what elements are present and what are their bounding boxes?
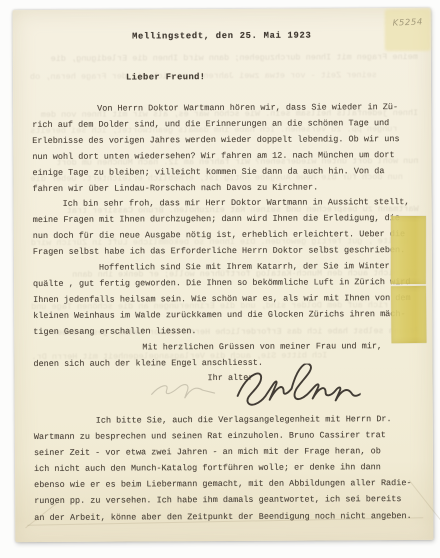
dateline: Mellingstedt, den 25. Mai 1923	[13, 30, 431, 42]
postscript: Ich bitte Sie, auch die Verlagsangelegen…	[34, 411, 423, 526]
letter-photo: meine Fragen mit Ihnen durchzugehen; dan…	[0, 0, 440, 558]
tape-strip-lower	[391, 286, 427, 343]
tape-strip-upper	[391, 216, 426, 284]
signature-schiefler	[145, 363, 360, 414]
signature-block	[145, 363, 360, 414]
letter-page: meine Fragen mit Ihnen durchzugehen; dan…	[13, 8, 434, 542]
salutation: Lieber Freund!	[32, 70, 440, 83]
ink-bleed-through-layer: meine Fragen mit Ihnen durchzugehen; dan…	[13, 8, 431, 10]
archive-mark: K5254	[392, 17, 423, 28]
bleed-line: meine Fragen mit Ihnen durchzugehen; dan…	[30, 52, 418, 64]
letter-body: Von Herrn Doktor Wartmann hören wir, das…	[32, 100, 421, 388]
